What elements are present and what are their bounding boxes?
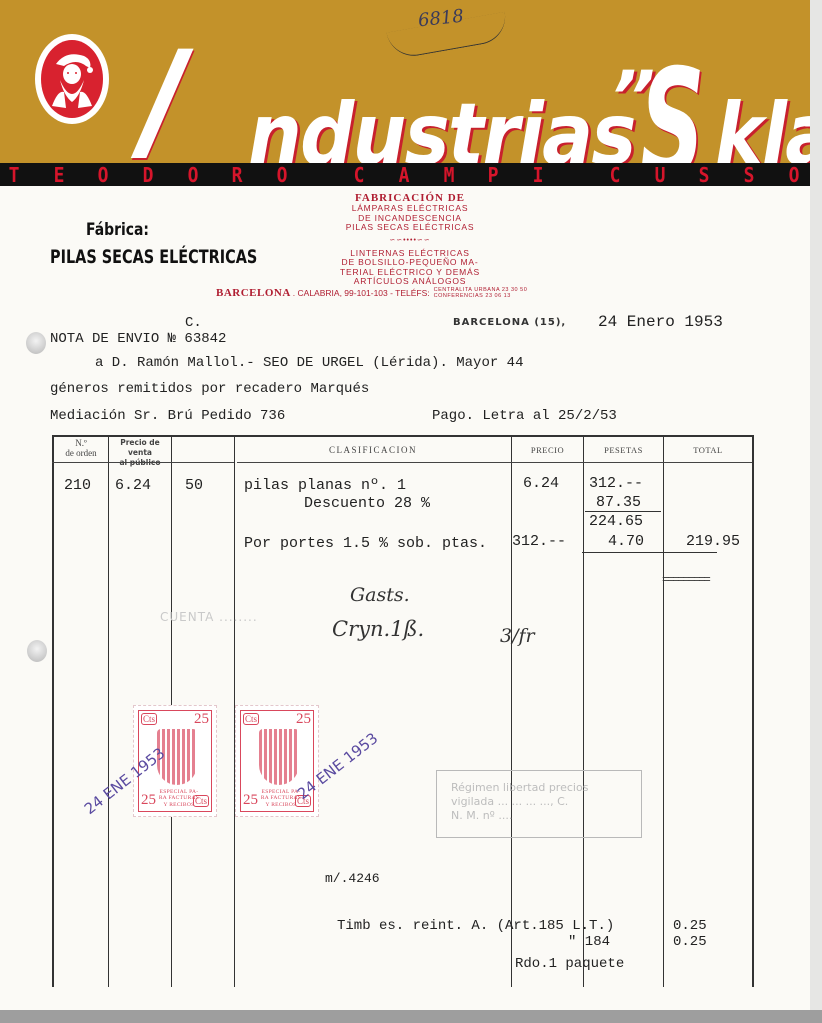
- header-order-no: N.º de orden: [54, 438, 108, 458]
- c-mark: C.: [185, 315, 202, 331]
- handwriting-line-2: Cryn.1ß.: [332, 617, 424, 641]
- header-total: TOTAL: [664, 445, 752, 455]
- cell-qty: 50: [185, 477, 203, 494]
- document-page: 6818 I ndustrias ” S klar ”: [0, 0, 810, 1010]
- cell-description: pilas planas nº. 1: [244, 477, 406, 494]
- price-regime-stamp: Régimen libertad precios vigilada ... ..…: [436, 770, 642, 838]
- timbre-value-2: 0.25: [673, 934, 707, 950]
- header-classification: CLASIFICACION: [235, 445, 511, 455]
- cell-pesetas: 4.70: [608, 533, 644, 550]
- letterhead-banner: 6818 I ndustrias ” S klar ”: [0, 0, 810, 165]
- cell-description: Descuento 28 %: [304, 495, 430, 512]
- products-block: FABRICACIÓN DE LÁMPARAS ELÉCTRICAS DE IN…: [330, 192, 490, 287]
- city-label: BARCELONA (15),: [453, 317, 566, 328]
- scan-edge: [810, 0, 822, 1023]
- note-date: 24 Enero 1953: [598, 313, 723, 331]
- payment-terms: Pago. Letra al 25/2/53: [432, 408, 617, 424]
- header-pesetas: PESETAS: [584, 445, 663, 455]
- cell-retail-price: 6.24: [115, 477, 151, 494]
- mediation-line: Mediación Sr. Brú Pedido 736: [50, 408, 285, 424]
- hole-punch: [26, 332, 46, 354]
- cell-pesetas: 87.35: [596, 494, 641, 511]
- cell-total: 219.95: [686, 533, 740, 550]
- cell-price: 6.24: [523, 475, 559, 492]
- header-price: PRECIO: [512, 445, 583, 455]
- package-note: Rdo.1 paquete: [515, 956, 624, 972]
- cell-price: 312.--: [512, 533, 566, 550]
- owner-name-bar: T E O D O R O C A M P I C U S S O: [0, 163, 810, 186]
- recipient-line: a D. Ramón Mallol.- SEO DE URGEL (Lérida…: [95, 355, 523, 371]
- faded-stamp: CUENTA ........: [160, 610, 258, 624]
- timbre-line-2: " 184: [568, 934, 610, 950]
- logo-santa-icon: [35, 34, 109, 124]
- fabrica-label: Fábrica:: [86, 220, 149, 240]
- company-address: BARCELONA . CALABRIA, 99-101-103 - TELÉF…: [216, 287, 527, 299]
- timbre-line: Timb es. reint. A. (Art.185 L.T.): [337, 918, 614, 934]
- header-retail-price: Precio de venta al público: [109, 438, 171, 468]
- m-reference: m/.4246: [325, 871, 380, 886]
- hole-punch: [27, 640, 47, 662]
- handwriting-initials: 3/fr: [500, 625, 535, 647]
- cell-description: Por portes 1.5 % sob. ptas.: [244, 535, 487, 552]
- shipped-by-line: géneros remitidos por recadero Marqués: [50, 381, 369, 397]
- ornament-divider: ∽∽••••∽∽: [330, 236, 490, 244]
- handwriting-gasts: Gasts.: [350, 584, 410, 606]
- note-title: NOTA DE ENVIO № 63842: [50, 331, 226, 347]
- cell-order-no: 210: [64, 477, 91, 494]
- cell-pesetas: 224.65: [589, 513, 643, 530]
- scan-bottom-edge: [0, 1010, 822, 1023]
- fabrica-product: PILAS SECAS ELÉCTRICAS: [50, 246, 257, 268]
- coat-of-arms-icon: [259, 729, 299, 785]
- total-double-rule: =========: [662, 573, 709, 587]
- cell-pesetas: 312.--: [589, 475, 643, 492]
- timbre-value-1: 0.25: [673, 918, 707, 934]
